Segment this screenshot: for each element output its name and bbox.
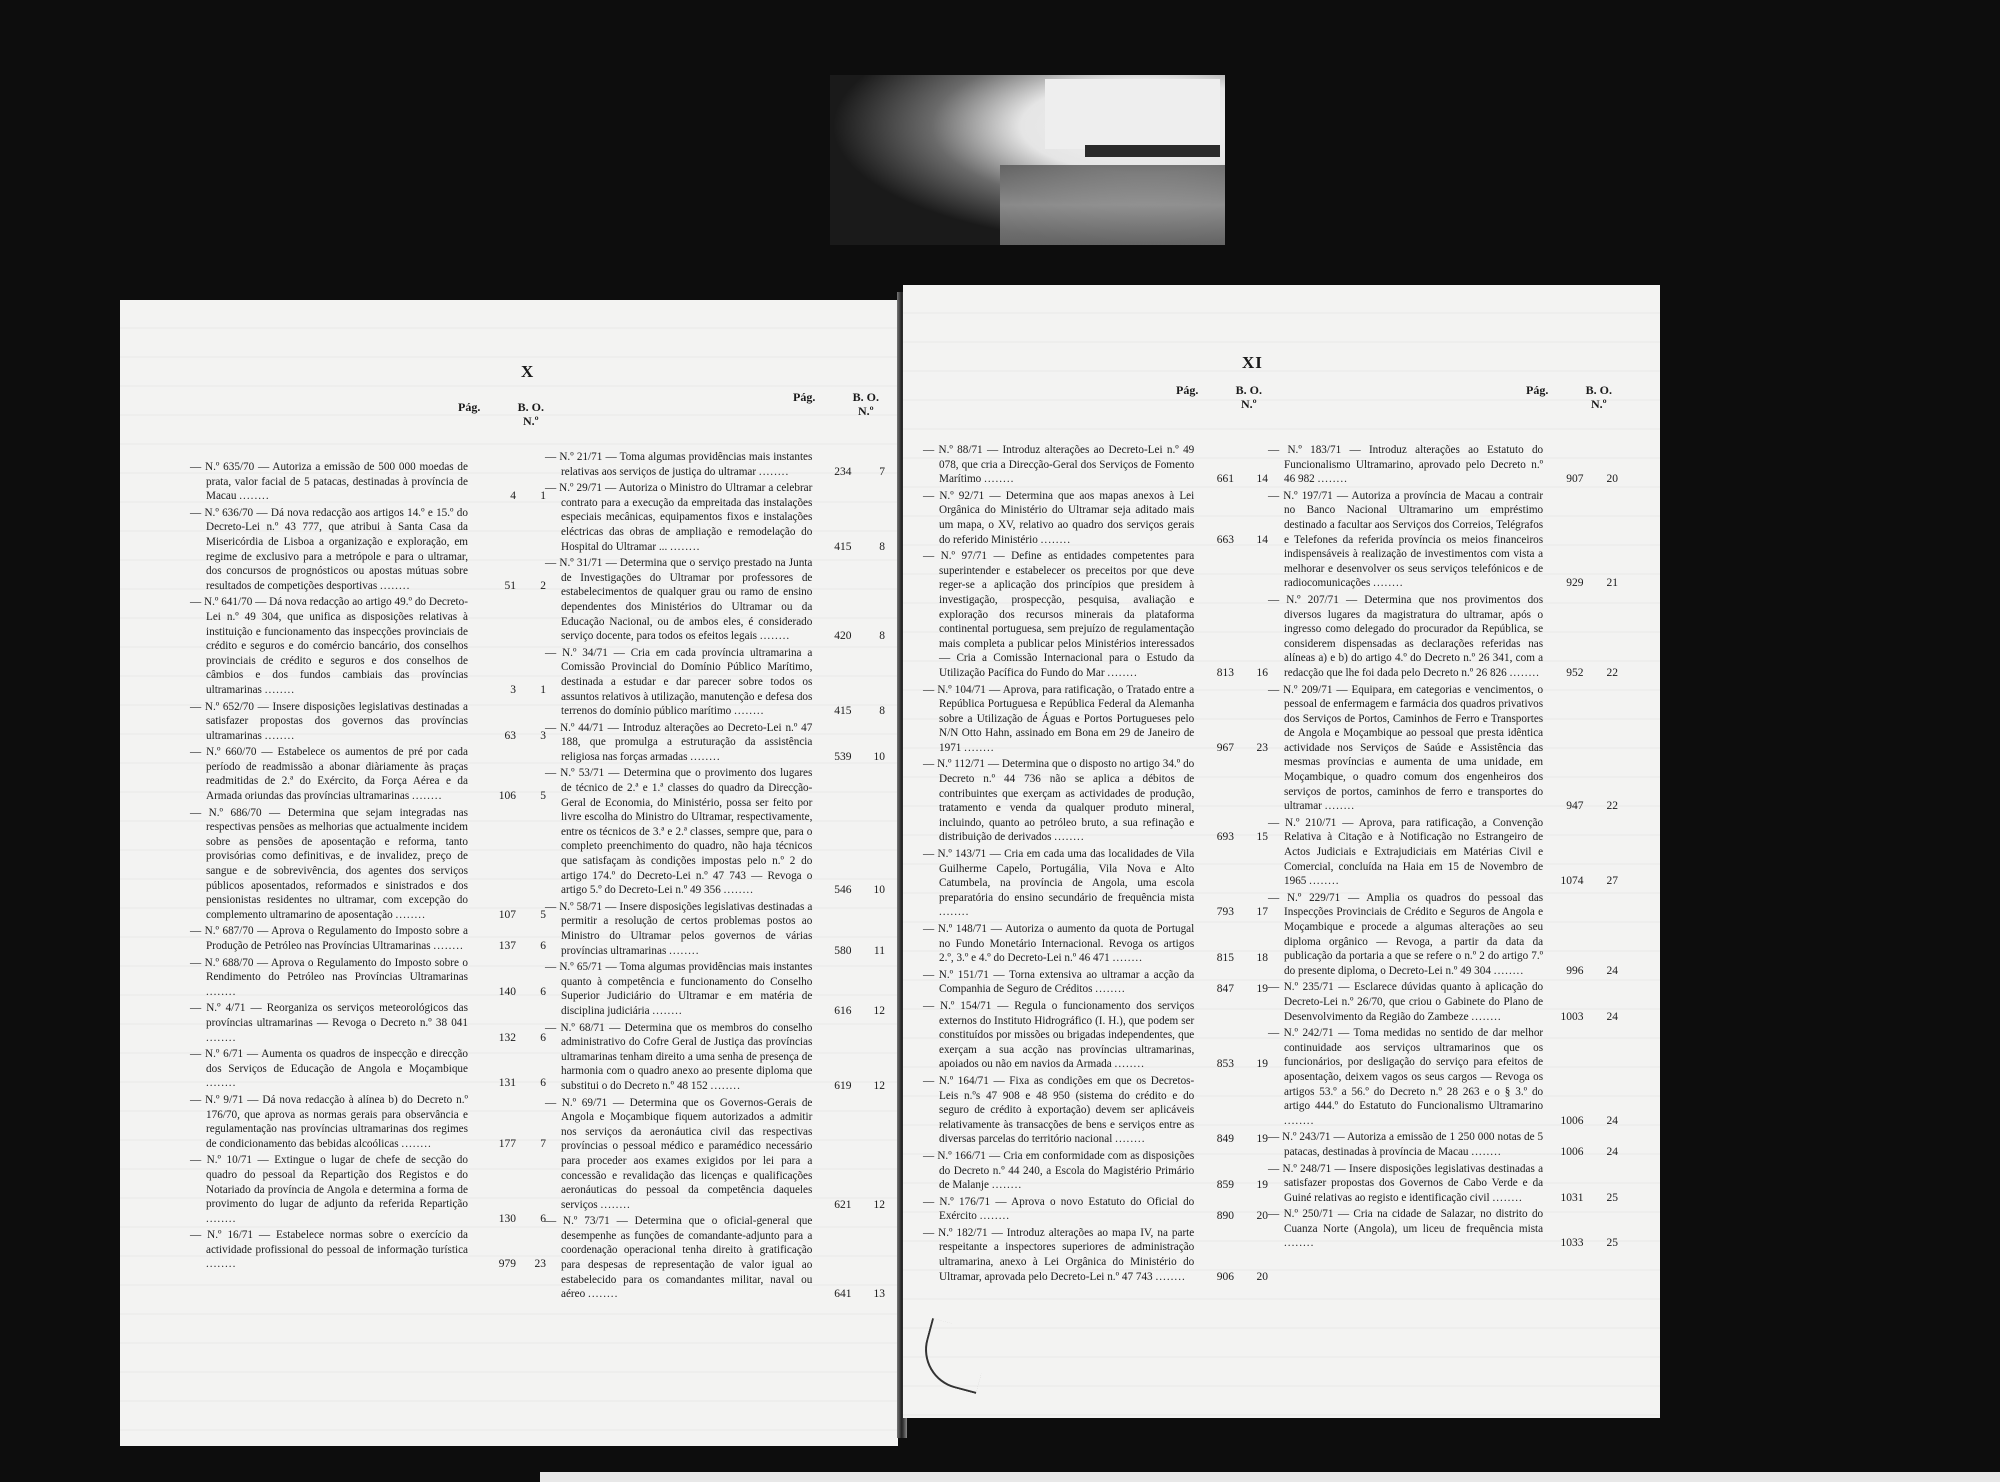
index-entry: — N.º 182/71 — Introduz alterações ao ma… xyxy=(923,1226,1268,1284)
entry-page-number: 815 xyxy=(1194,951,1234,966)
index-entry: — N.º 210/71 — Aprova, para ratificação,… xyxy=(1268,816,1618,889)
entry-description: — N.º 687/70 — Aprova o Regulamento do I… xyxy=(190,924,468,953)
entry-page-number: 107 xyxy=(468,908,516,923)
leader-dots: ........ xyxy=(239,490,269,502)
entry-page-number: 849 xyxy=(1194,1132,1234,1147)
entry-description: — N.º 143/71 — Cria em cada uma das loca… xyxy=(923,847,1194,920)
index-entry: — N.º 229/71 — Amplia os quadros do pess… xyxy=(1268,891,1618,979)
index-entry: — N.º 29/71 — Autoriza o Ministro do Ult… xyxy=(545,481,885,554)
entry-description: — N.º 151/71 — Torna extensiva ao ultram… xyxy=(923,968,1194,997)
index-entry: — N.º 209/71 — Equipara, em categorias e… xyxy=(1268,683,1618,814)
entry-bo-number: 21 xyxy=(1583,576,1618,591)
leader-dots: ........ xyxy=(206,1258,236,1270)
entry-bo-number: 6 xyxy=(516,1212,546,1227)
entry-description: — N.º 58/71 — Insere disposições legisla… xyxy=(545,900,812,958)
index-entry: — N.º 16/71 — Estabelece normas sobre o … xyxy=(190,1228,550,1272)
entry-page-number: 3 xyxy=(468,683,516,698)
entry-page-number: 996 xyxy=(1543,964,1583,979)
leader-dots: ........ xyxy=(412,790,442,802)
entry-page-number: 177 xyxy=(468,1137,516,1152)
index-entry: — N.º 197/71 — Autoriza a província de M… xyxy=(1268,489,1618,591)
entry-bo-number: 7 xyxy=(516,1137,546,1152)
entry-bo-number: 6 xyxy=(516,985,546,1000)
entry-page-number: 132 xyxy=(468,1031,516,1046)
index-entry: — N.º 143/71 — Cria em cada uma das loca… xyxy=(923,847,1268,920)
leader-dots: ........ xyxy=(1318,473,1348,485)
entry-page-number: 130 xyxy=(468,1212,516,1227)
entry-description: — N.º 154/71 — Regula o funcionamento do… xyxy=(923,999,1194,1072)
entry-description: — N.º 53/71 — Determina que o provimento… xyxy=(545,766,812,897)
entry-page-number: 415 xyxy=(812,704,851,719)
index-entry: — N.º 641/70 — Dá nova redacção ao artig… xyxy=(190,595,550,697)
entry-description: — N.º 148/71 — Autoriza o aumento da quo… xyxy=(923,922,1194,966)
entry-page-number: 979 xyxy=(468,1257,516,1272)
leader-dots: ........ xyxy=(206,1077,236,1089)
index-entry: — N.º 176/71 — Aprova o novo Estatuto do… xyxy=(923,1195,1268,1224)
index-entry: — N.º 148/71 — Autoriza o aumento da quo… xyxy=(923,922,1268,966)
entry-description: — N.º 164/71 — Fixa as condições em que … xyxy=(923,1074,1194,1147)
entry-page-number: 907 xyxy=(1543,472,1583,487)
index-entry: — N.º 9/71 — Dá nova redacção à alínea b… xyxy=(190,1093,550,1151)
index-entry: — N.º 88/71 — Introduz alterações ao Dec… xyxy=(923,443,1268,487)
entry-page-number: 420 xyxy=(812,629,851,644)
index-entry: — N.º 154/71 — Regula o funcionamento do… xyxy=(923,999,1268,1072)
index-entry: — N.º 68/71 — Determina que os membros d… xyxy=(545,1021,885,1094)
entry-bo-number: 20 xyxy=(1583,472,1618,487)
index-entry: — N.º 686/70 — Determina que sejam integ… xyxy=(190,806,550,923)
leader-dots: ........ xyxy=(1155,1271,1185,1283)
leader-dots: ........ xyxy=(1107,667,1137,679)
entry-bo-number: 24 xyxy=(1583,964,1618,979)
entry-page-number: 929 xyxy=(1543,576,1583,591)
index-entry: — N.º 243/71 — Autoriza a emissão de 1 2… xyxy=(1268,1130,1618,1159)
leader-dots: ........ xyxy=(711,1080,741,1092)
leader-dots: ........ xyxy=(1054,831,1084,843)
entry-bo-number: 18 xyxy=(1234,951,1268,966)
entry-description: — N.º 10/71 — Extingue o lugar de chefe … xyxy=(190,1153,468,1226)
entry-bo-number: 10 xyxy=(851,883,885,898)
entry-list: — N.º 635/70 — Autoriza a emissão de 500… xyxy=(190,460,550,1274)
leader-dots: ........ xyxy=(1494,965,1524,977)
entry-description: — N.º 641/70 — Dá nova redacção ao artig… xyxy=(190,595,468,697)
entry-description: — N.º 31/71 — Determina que o serviço pr… xyxy=(545,556,812,644)
leader-dots: ........ xyxy=(1471,1011,1501,1023)
entry-bo-number: 19 xyxy=(1234,982,1268,997)
index-entry: — N.º 183/71 — Introduz alterações ao Es… xyxy=(1268,443,1618,487)
entry-bo-number: 20 xyxy=(1234,1270,1268,1285)
leader-dots: ........ xyxy=(939,906,969,918)
entry-bo-number: 23 xyxy=(516,1257,546,1272)
entry-bo-number: 25 xyxy=(1583,1191,1618,1206)
index-entry: — N.º 31/71 — Determina que o serviço pr… xyxy=(545,556,885,644)
entry-bo-number: 12 xyxy=(851,1198,885,1213)
entry-description: — N.º 250/71 — Cria na cidade de Salazar… xyxy=(1268,1207,1543,1251)
entry-page-number: 793 xyxy=(1194,905,1234,920)
entry-description: — N.º 209/71 — Equipara, em categorias e… xyxy=(1268,683,1543,814)
entry-description: — N.º 6/71 — Aumenta os quadros de inspe… xyxy=(190,1047,468,1091)
entry-description: — N.º 207/71 — Determina que nos provime… xyxy=(1268,593,1543,681)
entry-bo-number: 7 xyxy=(851,465,885,480)
entry-description: — N.º 68/71 — Determina que os membros d… xyxy=(545,1021,812,1094)
leader-dots: ........ xyxy=(1510,667,1540,679)
entry-page-number: 619 xyxy=(812,1079,851,1094)
entry-description: — N.º 688/70 — Aprova o Regulamento do I… xyxy=(190,956,468,1000)
entry-page-number: 1006 xyxy=(1543,1114,1583,1129)
index-entry: — N.º 635/70 — Autoriza a emissão de 500… xyxy=(190,460,550,504)
entry-page-number: 106 xyxy=(468,789,516,804)
photo-skyline xyxy=(1085,145,1220,157)
entry-bo-number: 6 xyxy=(516,1031,546,1046)
leader-dots: ........ xyxy=(1471,1146,1501,1158)
entry-bo-number: 6 xyxy=(516,939,546,954)
leader-dots: ........ xyxy=(670,541,700,553)
leader-dots: ........ xyxy=(1115,1133,1145,1145)
leader-dots: ........ xyxy=(1284,1115,1314,1127)
entry-page-number: 967 xyxy=(1194,741,1234,756)
entry-page-number: 661 xyxy=(1194,472,1234,487)
photo-sky xyxy=(1045,79,1220,149)
entry-page-number: 137 xyxy=(468,939,516,954)
entry-description: — N.º 21/71 — Toma algumas providências … xyxy=(545,450,812,479)
entry-description: — N.º 44/71 — Introduz alterações ao Dec… xyxy=(545,721,812,765)
entry-list: — N.º 21/71 — Toma algumas providências … xyxy=(545,450,885,1304)
entry-bo-number: 27 xyxy=(1583,874,1618,889)
photo-ground xyxy=(1000,165,1225,245)
page-right: XI Pág.B. O.N.º— N.º 88/71 — Introduz al… xyxy=(903,285,1660,1418)
leader-dots: ........ xyxy=(669,945,699,957)
leader-dots: ........ xyxy=(433,940,463,952)
entry-description: — N.º 652/70 — Insere disposições legisl… xyxy=(190,700,468,744)
entry-page-number: 906 xyxy=(1194,1270,1234,1285)
leader-dots: ........ xyxy=(401,1138,431,1150)
entry-bo-number: 22 xyxy=(1583,799,1618,814)
leader-dots: ........ xyxy=(206,1213,236,1225)
entry-bo-number: 24 xyxy=(1583,1114,1618,1129)
next-frame-edge xyxy=(540,1472,2000,1482)
entry-description: — N.º 176/71 — Aprova o novo Estatuto do… xyxy=(923,1195,1194,1224)
entry-page-number: 853 xyxy=(1194,1057,1234,1072)
entry-bo-number: 11 xyxy=(851,944,885,959)
leader-dots: ........ xyxy=(984,473,1014,485)
entry-description: — N.º 182/71 — Introduz alterações ao ma… xyxy=(923,1226,1194,1284)
entry-page-number: 1031 xyxy=(1543,1191,1583,1206)
entry-description: — N.º 235/71 — Esclarece dúvidas quanto … xyxy=(1268,980,1543,1024)
leader-dots: ........ xyxy=(1095,983,1125,995)
entry-page-number: 1003 xyxy=(1543,1010,1583,1025)
leader-dots: ........ xyxy=(1041,534,1071,546)
entry-description: — N.º 243/71 — Autoriza a emissão de 1 2… xyxy=(1268,1130,1543,1159)
entry-page-number: 51 xyxy=(468,579,516,594)
leader-dots: ........ xyxy=(396,909,426,921)
header-bo-number: B. O.N.º xyxy=(1236,383,1262,411)
entry-page-number: 813 xyxy=(1194,666,1234,681)
index-entry: — N.º 207/71 — Determina que nos provime… xyxy=(1268,593,1618,681)
index-entry: — N.º 235/71 — Esclarece dúvidas quanto … xyxy=(1268,980,1618,1024)
leader-dots: ........ xyxy=(760,630,790,642)
leader-dots: ........ xyxy=(992,1179,1022,1191)
index-entry: — N.º 104/71 — Aprova, para ratificação,… xyxy=(923,683,1268,756)
index-entry: — N.º 652/70 — Insere disposições legisl… xyxy=(190,700,550,744)
entry-bo-number: 1 xyxy=(516,683,546,698)
leader-dots: ........ xyxy=(1492,1192,1522,1204)
entry-bo-number: 19 xyxy=(1234,1178,1268,1193)
entry-description: — N.º 112/71 — Determina que o disposto … xyxy=(923,757,1194,845)
entry-description: — N.º 16/71 — Estabelece normas sobre o … xyxy=(190,1228,468,1272)
entry-description: — N.º 73/71 — Determina que o oficial-ge… xyxy=(545,1214,812,1302)
leader-dots: ........ xyxy=(690,751,720,763)
leader-dots: ........ xyxy=(1115,1058,1145,1070)
entry-page-number: 140 xyxy=(468,985,516,1000)
entry-bo-number: 20 xyxy=(1234,1209,1268,1224)
index-entry: — N.º 65/71 — Toma algumas providências … xyxy=(545,960,885,1018)
entry-bo-number: 17 xyxy=(1234,905,1268,920)
index-entry: — N.º 92/71 — Determina que aos mapas an… xyxy=(923,489,1268,547)
entry-bo-number: 24 xyxy=(1583,1010,1618,1025)
entry-bo-number: 2 xyxy=(516,579,546,594)
entry-bo-number: 1 xyxy=(516,489,546,504)
header-pag: Pág. xyxy=(793,390,815,404)
entry-description: — N.º 635/70 — Autoriza a emissão de 500… xyxy=(190,460,468,504)
entry-description: — N.º 88/71 — Introduz alterações ao Dec… xyxy=(923,443,1194,487)
page-number: X xyxy=(521,362,534,382)
entry-bo-number: 8 xyxy=(851,704,885,719)
entry-bo-number: 6 xyxy=(516,1076,546,1091)
leader-dots: ........ xyxy=(1309,875,1339,887)
header-pag: Pág. xyxy=(1176,383,1198,397)
entry-page-number: 234 xyxy=(812,465,851,480)
leader-dots: ........ xyxy=(380,580,410,592)
entry-description: — N.º 104/71 — Aprova, para ratificação,… xyxy=(923,683,1194,756)
entry-list: — N.º 183/71 — Introduz alterações ao Es… xyxy=(1268,443,1618,1253)
leader-dots: ........ xyxy=(600,1199,630,1211)
entry-description: — N.º 686/70 — Determina que sejam integ… xyxy=(190,806,468,923)
handwritten-pen-mark xyxy=(916,1318,992,1394)
entry-description: — N.º 166/71 — Cria em conformidade com … xyxy=(923,1149,1194,1193)
entry-bo-number: 12 xyxy=(851,1079,885,1094)
entry-page-number: 63 xyxy=(468,729,516,744)
entry-description: — N.º 210/71 — Aprova, para ratificação,… xyxy=(1268,816,1543,889)
entry-description: — N.º 9/71 — Dá nova redacção à alínea b… xyxy=(190,1093,468,1151)
index-entry: — N.º 250/71 — Cria na cidade de Salazar… xyxy=(1268,1207,1618,1251)
leader-dots: ........ xyxy=(759,466,789,478)
leader-dots: ........ xyxy=(980,1210,1010,1222)
header-bo-number: B. O.N.º xyxy=(518,400,544,428)
index-entry: — N.º 69/71 — Determina que os Governos-… xyxy=(545,1096,885,1213)
entry-description: — N.º 636/70 — Dá nova redacção aos arti… xyxy=(190,506,468,594)
entry-description: — N.º 242/71 — Toma medidas no sentido d… xyxy=(1268,1026,1543,1128)
entry-bo-number: 19 xyxy=(1234,1132,1268,1147)
entry-bo-number: 8 xyxy=(851,629,885,644)
header-pag: Pág. xyxy=(458,400,480,414)
entry-page-number: 4 xyxy=(468,489,516,504)
leader-dots: ........ xyxy=(1284,1237,1314,1249)
entry-page-number: 621 xyxy=(812,1198,851,1213)
entry-list: — N.º 88/71 — Introduz alterações ao Dec… xyxy=(923,443,1268,1286)
leader-dots: ........ xyxy=(652,1005,682,1017)
index-entry: — N.º 636/70 — Dá nova redacção aos arti… xyxy=(190,506,550,594)
header-bo-number: B. O.N.º xyxy=(853,390,879,418)
leader-dots: ........ xyxy=(1325,800,1355,812)
entry-description: — N.º 248/71 — Insere disposições legisl… xyxy=(1268,1162,1543,1206)
entry-bo-number: 3 xyxy=(516,729,546,744)
page-number: XI xyxy=(1242,353,1263,373)
index-entry: — N.º 151/71 — Torna extensiva ao ultram… xyxy=(923,968,1268,997)
entry-page-number: 1033 xyxy=(1543,1236,1583,1251)
index-entry: — N.º 4/71 — Reorganiza os serviços mete… xyxy=(190,1001,550,1045)
header-bo-number: B. O.N.º xyxy=(1586,383,1612,411)
entry-description: — N.º 660/70 — Estabelece os aumentos de… xyxy=(190,745,468,803)
index-entry: — N.º 21/71 — Toma algumas providências … xyxy=(545,450,885,479)
leader-dots: ........ xyxy=(206,986,236,998)
entry-bo-number: 16 xyxy=(1234,666,1268,681)
entry-page-number: 546 xyxy=(812,883,851,898)
index-entry: — N.º 660/70 — Estabelece os aumentos de… xyxy=(190,745,550,803)
index-entry: — N.º 688/70 — Aprova o Regulamento do I… xyxy=(190,956,550,1000)
index-entry: — N.º 112/71 — Determina que o disposto … xyxy=(923,757,1268,845)
leader-dots: ........ xyxy=(588,1288,618,1300)
entry-page-number: 131 xyxy=(468,1076,516,1091)
entry-bo-number: 14 xyxy=(1234,533,1268,548)
index-entry: — N.º 164/71 — Fixa as condições em que … xyxy=(923,1074,1268,1147)
leader-dots: ........ xyxy=(265,730,295,742)
header-pag: Pág. xyxy=(1526,383,1548,397)
index-entry: — N.º 34/71 — Cria em cada província ult… xyxy=(545,646,885,719)
entry-page-number: 580 xyxy=(812,944,851,959)
leader-dots: ........ xyxy=(964,742,994,754)
entry-page-number: 415 xyxy=(812,540,851,555)
entry-description: — N.º 69/71 — Determina que os Governos-… xyxy=(545,1096,812,1213)
index-entry: — N.º 73/71 — Determina que o oficial-ge… xyxy=(545,1214,885,1302)
leader-dots: ........ xyxy=(1373,577,1403,589)
entry-page-number: 693 xyxy=(1194,830,1234,845)
entry-page-number: 663 xyxy=(1194,533,1234,548)
index-entry: — N.º 53/71 — Determina que o provimento… xyxy=(545,766,885,897)
entry-page-number: 947 xyxy=(1543,799,1583,814)
entry-description: — N.º 29/71 — Autoriza o Ministro do Ult… xyxy=(545,481,812,554)
entry-description: — N.º 65/71 — Toma algumas providências … xyxy=(545,960,812,1018)
entry-bo-number: 19 xyxy=(1234,1057,1268,1072)
entry-bo-number: 24 xyxy=(1583,1145,1618,1160)
entry-bo-number: 10 xyxy=(851,750,885,765)
index-entry: — N.º 58/71 — Insere disposições legisla… xyxy=(545,900,885,958)
entry-page-number: 859 xyxy=(1194,1178,1234,1193)
entry-page-number: 539 xyxy=(812,750,851,765)
entry-page-number: 1074 xyxy=(1543,874,1583,889)
index-entry: — N.º 44/71 — Introduz alterações ao Dec… xyxy=(545,721,885,765)
entry-page-number: 847 xyxy=(1194,982,1234,997)
entry-bo-number: 5 xyxy=(516,789,546,804)
entry-bo-number: 8 xyxy=(851,540,885,555)
leader-dots: ........ xyxy=(724,884,754,896)
entry-description: — N.º 92/71 — Determina que aos mapas an… xyxy=(923,489,1194,547)
entry-description: — N.º 34/71 — Cria em cada província ult… xyxy=(545,646,812,719)
index-entry: — N.º 248/71 — Insere disposições legisl… xyxy=(1268,1162,1618,1206)
entry-page-number: 1006 xyxy=(1543,1145,1583,1160)
index-entry: — N.º 10/71 — Extingue o lugar de chefe … xyxy=(190,1153,550,1226)
page-left: X Pág.B. O.N.º— N.º 635/70 — Autoriza a … xyxy=(120,300,898,1446)
entry-description: — N.º 183/71 — Introduz alterações ao Es… xyxy=(1268,443,1543,487)
entry-bo-number: 14 xyxy=(1234,472,1268,487)
leader-dots: ........ xyxy=(1113,952,1143,964)
entry-page-number: 952 xyxy=(1543,666,1583,681)
index-entry: — N.º 6/71 — Aumenta os quadros de inspe… xyxy=(190,1047,550,1091)
leader-dots: ........ xyxy=(206,1032,236,1044)
entry-bo-number: 12 xyxy=(851,1004,885,1019)
index-entry: — N.º 242/71 — Toma medidas no sentido d… xyxy=(1268,1026,1618,1128)
entry-page-number: 641 xyxy=(812,1287,851,1302)
leader-dots: ........ xyxy=(734,705,764,717)
entry-bo-number: 22 xyxy=(1583,666,1618,681)
entry-bo-number: 23 xyxy=(1234,741,1268,756)
entry-bo-number: 5 xyxy=(516,908,546,923)
leader-dots: ........ xyxy=(265,684,295,696)
entry-bo-number: 25 xyxy=(1583,1236,1618,1251)
entry-description: — N.º 229/71 — Amplia os quadros do pess… xyxy=(1268,891,1543,979)
entry-description: — N.º 197/71 — Autoriza a província de M… xyxy=(1268,489,1543,591)
index-entry: — N.º 166/71 — Cria em conformidade com … xyxy=(923,1149,1268,1193)
index-entry: — N.º 97/71 — Define as entidades compet… xyxy=(923,549,1268,680)
entry-description: — N.º 97/71 — Define as entidades compet… xyxy=(923,549,1194,680)
entry-bo-number: 13 xyxy=(851,1287,885,1302)
index-entry: — N.º 687/70 — Aprova o Regulamento do I… xyxy=(190,924,550,953)
entry-page-number: 616 xyxy=(812,1004,851,1019)
microfilm-photo-frame xyxy=(830,75,1225,245)
entry-bo-number: 15 xyxy=(1234,830,1268,845)
entry-page-number: 890 xyxy=(1194,1209,1234,1224)
entry-description: — N.º 4/71 — Reorganiza os serviços mete… xyxy=(190,1001,468,1045)
